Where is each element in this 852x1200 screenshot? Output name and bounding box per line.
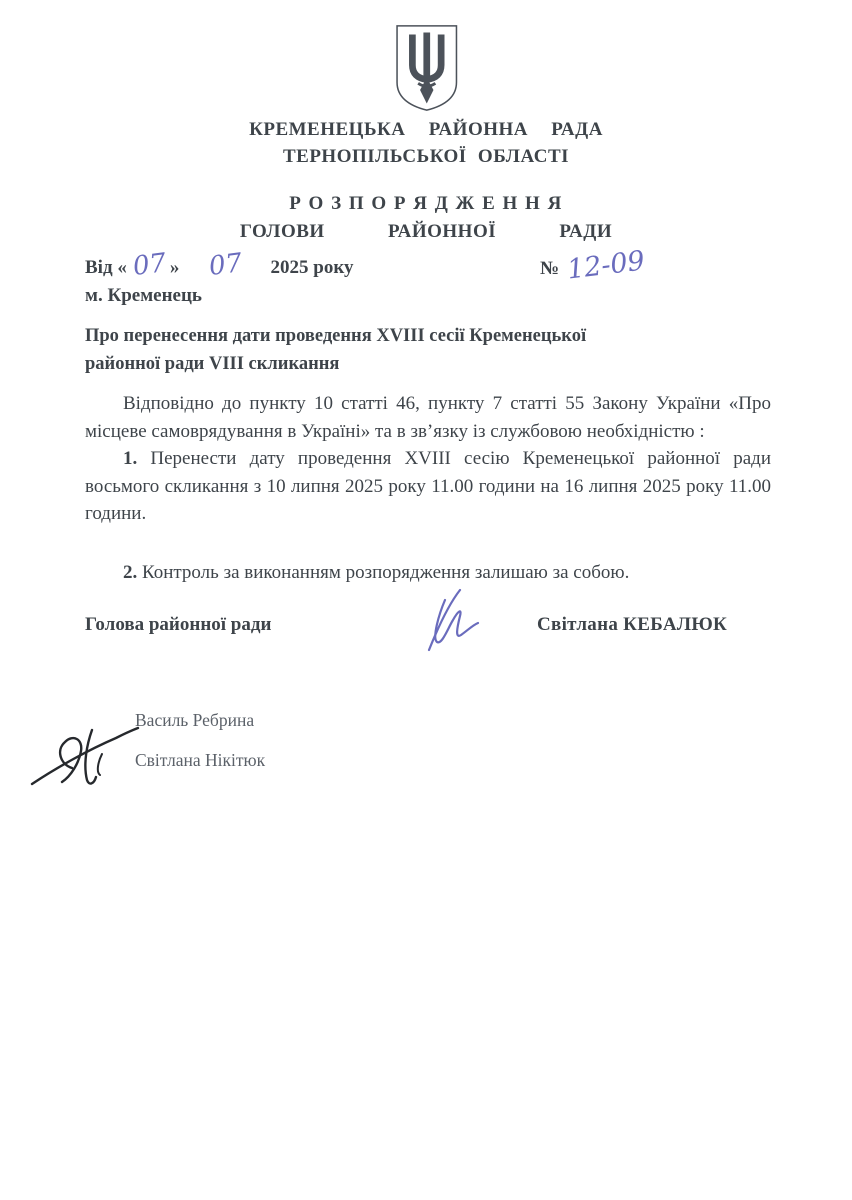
org-name-block: КРЕМЕНЕЦЬКА РАЙОННА РАДА ТЕРНОПІЛЬСЬКОЇ … [0, 116, 852, 170]
subject-line1: Про перенесення дати проведення XVIII се… [85, 322, 705, 350]
item-1-text: Перенести дату проведення XVIII сесію Кр… [85, 448, 771, 524]
item-1-number: 1. [123, 448, 137, 469]
number-label: № [540, 258, 559, 279]
document-page: КРЕМЕНЕЦЬКА РАЙОННА РАДА ТЕРНОПІЛЬСЬКОЇ … [0, 0, 852, 1200]
footer-block: Василь Ребрина Світлана Нікітюк [0, 702, 420, 812]
handwritten-month: 07 [208, 250, 244, 280]
handwritten-day: 07 [131, 250, 167, 280]
org-name-line1: КРЕМЕНЕЦЬКА РАЙОННА РАДА [0, 116, 852, 143]
doc-type-title: Р О З П О Р Я Д Ж Е Н Н Я [0, 190, 852, 218]
date-quote-close: » [170, 257, 180, 278]
dark-pen-signature-icon [28, 722, 150, 792]
ukraine-trident-emblem-icon [389, 22, 465, 114]
date-line: Від «07»072025 року [85, 252, 792, 279]
footer-name-1: Василь Ребрина [135, 710, 254, 731]
doc-type-block: Р О З П О Р Я Д Ж Е Н Н Я ГОЛОВИ РАЙОННО… [0, 190, 852, 246]
intro-paragraph: Відповідно до пункту 10 статті 46, пункт… [85, 390, 771, 445]
handwritten-number: 12-09 [566, 247, 647, 283]
body-text: Відповідно до пункту 10 статті 46, пункт… [85, 390, 771, 586]
item-2-text: Контроль за виконанням розпорядження зал… [137, 562, 629, 583]
signatory-name: Світлана КЕБАЛЮК [537, 614, 727, 636]
signature-row: Голова районної ради Світлана КЕБАЛЮК [85, 598, 767, 678]
city-line: м. Кременець [85, 285, 792, 307]
item-1: 1. Перенести дату проведення XVIII сесію… [85, 445, 771, 528]
item-2-number: 2. [123, 562, 137, 583]
item-2: 2. Контроль за виконанням розпорядження … [85, 559, 771, 587]
org-name-line2: ТЕРНОПІЛЬСЬКОЇ ОБЛАСТІ [0, 143, 852, 170]
date-prefix: Від « [85, 257, 127, 278]
doc-number-line: №12-09 [540, 252, 645, 280]
footer-name-2: Світлана Нікітюк [135, 750, 265, 771]
meta-block: Від «07»072025 року №12-09 м. Кременець [85, 252, 792, 307]
signatory-title: Голова районної ради [85, 614, 271, 636]
subject-line2: районної ради VIII скликання [85, 350, 705, 378]
subject-block: Про перенесення дати проведення XVIII се… [85, 322, 705, 378]
blue-pen-signature-icon [413, 584, 491, 658]
doc-issuer: ГОЛОВИ РАЙОННОЇ РАДИ [0, 218, 852, 246]
date-year: 2025 року [271, 257, 354, 278]
